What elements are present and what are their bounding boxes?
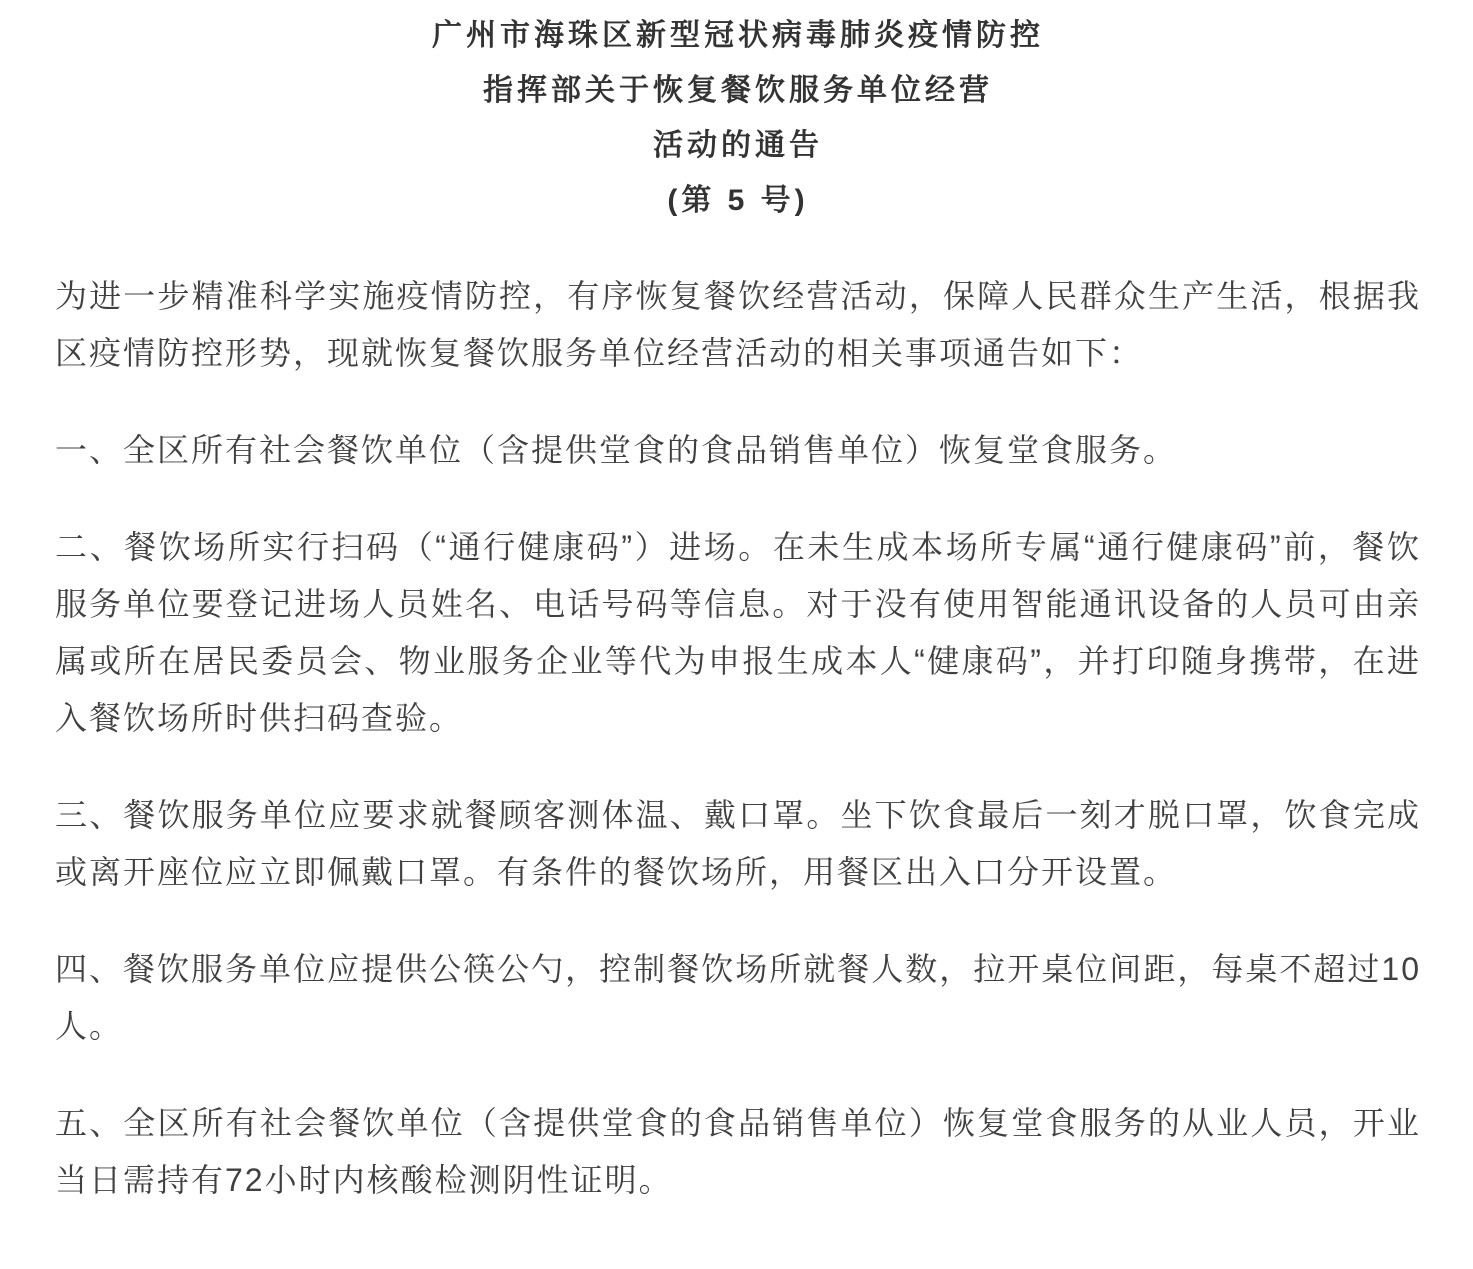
notice-item-1: 一、全区所有社会餐饮单位（含提供堂食的食品销售单位）恢复堂食服务。 xyxy=(55,422,1421,479)
notice-title: 广州市海珠区新型冠状病毒肺炎疫情防控 指挥部关于恢复餐饮服务单位经营 活动的通告… xyxy=(55,8,1421,228)
notice-document: 广州市海珠区新型冠状病毒肺炎疫情防控 指挥部关于恢复餐饮服务单位经营 活动的通告… xyxy=(0,0,1473,1269)
notice-item-5: 五、全区所有社会餐饮单位（含提供堂食的食品销售单位）恢复堂食服务的从业人员，开业… xyxy=(55,1095,1421,1209)
notice-number-line: (第 5 号) xyxy=(55,173,1421,228)
notice-title-line-1: 广州市海珠区新型冠状病毒肺炎疫情防控 xyxy=(55,8,1421,63)
notice-title-line-3: 活动的通告 xyxy=(55,118,1421,173)
notice-item-4: 四、餐饮服务单位应提供公筷公勺，控制餐饮场所就餐人数，拉开桌位间距，每桌不超过1… xyxy=(55,941,1421,1055)
notice-item-2: 二、餐饮场所实行扫码（“通行健康码”）进场。在未生成本场所专属“通行健康码”前，… xyxy=(55,519,1421,747)
notice-title-line-2: 指挥部关于恢复餐饮服务单位经营 xyxy=(55,63,1421,118)
notice-intro-paragraph: 为进一步精准科学实施疫情防控，有序恢复餐饮经营活动，保障人民群众生产生活，根据我… xyxy=(55,268,1421,382)
notice-item-3: 三、餐饮服务单位应要求就餐顾客测体温、戴口罩。坐下饮食最后一刻才脱口罩，饮食完成… xyxy=(55,787,1421,901)
